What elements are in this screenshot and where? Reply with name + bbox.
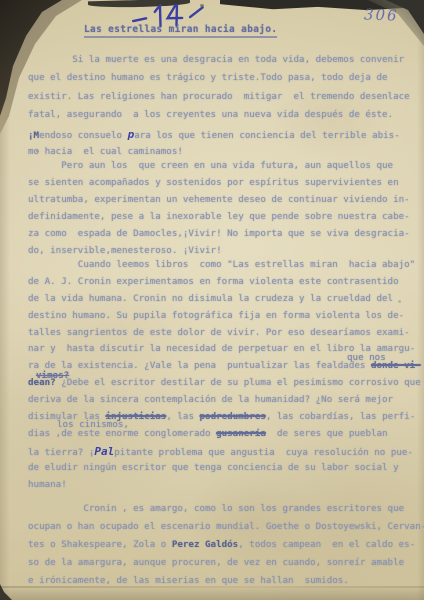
typed-line: deriva de la sincera contemplación de la… <box>28 394 424 411</box>
typed-body: Si la muerte es una desgracia en toda vi… <box>0 0 424 600</box>
typed-line: se sienten acompañados y sostenidos por … <box>28 177 424 194</box>
typed-line: de eludir ningún escritor que tenga conc… <box>28 462 424 479</box>
typed-line: dias ,de este enorme conglomerado gusane… <box>28 428 424 445</box>
typed-line: dean? ¿Debe el escritor destilar de su p… <box>28 377 424 394</box>
typed-line: de la vida humana. Cronin no disimula la… <box>28 293 424 310</box>
typed-line: Pero aun los que creen en una vida futur… <box>28 160 424 177</box>
interlineation-subscript: los cinismos, <box>57 419 129 430</box>
typed-line: tes o Shakespeare, Zola o Perez Galdós, … <box>28 539 424 557</box>
typed-line: existir. Las religiones han procurado mi… <box>28 91 424 109</box>
typed-line: la tierra? ¡Palpitante problema que angu… <box>28 445 424 462</box>
interlineation-struck-word: vimos? <box>36 370 69 381</box>
typed-line: que el destino humano es trágico y trist… <box>28 72 424 90</box>
typed-line: ¡Mendoso consuelo para los que tienen co… <box>28 128 424 146</box>
typed-line: e irónicamente, de las miserias en que s… <box>28 575 424 593</box>
typed-line: Si la muerte es una desgracia en toda vi… <box>28 54 424 72</box>
interlineation-insertion: que nos <box>347 352 386 363</box>
typed-line: Cronin , es amargo, como lo son los gran… <box>28 503 424 521</box>
paragraph: Si la muerte es una desgracia en toda vi… <box>28 54 424 164</box>
paragraph: Cuando leemos libros como "Las estrellas… <box>28 259 424 495</box>
typed-line: za como espada de Damocles,¡Vivir! No im… <box>28 228 424 245</box>
typed-line: talles sangrientos de este dolor de vivi… <box>28 327 424 344</box>
paragraph: Cronin , es amargo, como lo son los gran… <box>28 503 424 593</box>
typed-line: de A. J. Cronin experimentamos en forma … <box>28 276 424 293</box>
typed-line: so de la amargura, aunque procuren, de v… <box>28 557 424 575</box>
typed-line: fatal, asegurando a los creyentes una nu… <box>28 109 424 127</box>
typed-line: destino humano. Su pupila fotográfica fi… <box>28 310 424 327</box>
paragraph: Pero aun los que creen en una vida futur… <box>28 160 424 262</box>
page-scan: -14- 306 Las estrellas miran hacia abajo… <box>0 0 424 600</box>
typed-line: ultratumba, experimentan un vehemente de… <box>28 194 424 211</box>
typed-line: ocupan o han ocupado el escenario mundia… <box>28 521 424 539</box>
typed-line: humana! <box>28 479 424 496</box>
typed-line: Cuando leemos libros como "Las estrellas… <box>28 259 424 276</box>
typed-line: definidamente, pese a la inexorable ley … <box>28 211 424 228</box>
